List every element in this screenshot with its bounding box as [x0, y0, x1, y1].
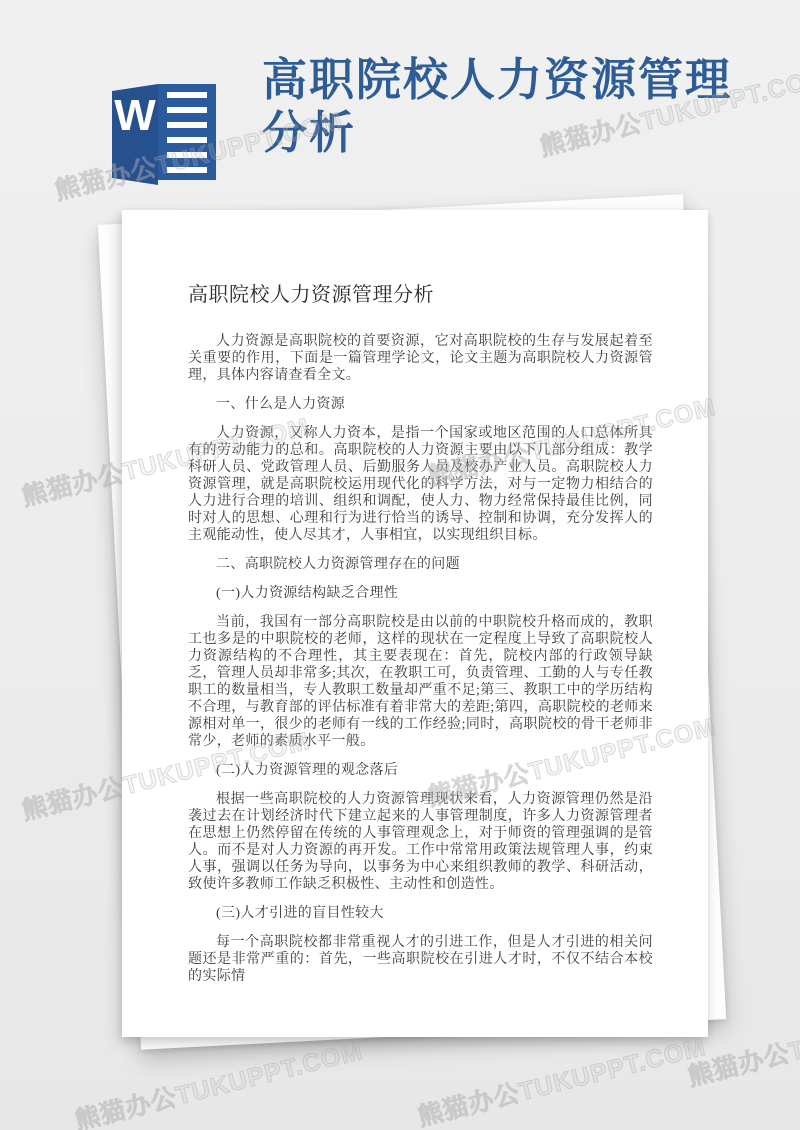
doc-heading: 一、什么是人力资源	[188, 396, 653, 413]
watermark-text: 熊猫办公TUKUPPT.COM	[71, 1031, 366, 1130]
page-title: 高职院校人力资源管理分析	[262, 54, 757, 160]
doc-heading: (一)人力资源结构缺乏合理性	[188, 585, 653, 602]
doc-paragraph: 人力资源是高职院校的首要资源，它对高职院校的生存与发展起着至关重要的作用，下面是…	[188, 333, 653, 384]
word-icon: W	[112, 83, 216, 187]
doc-heading: (三)人才引进的盲目性较大	[188, 905, 653, 922]
doc-paragraph: 当前，我国有一部分高职院校是由以前的中职院校升格而成的，教职工也多是的中职院校的…	[188, 614, 653, 750]
document-title: 高职院校人力资源管理分析	[188, 278, 653, 307]
document-page: 高职院校人力资源管理分析 人力资源是高职院校的首要资源，它对高职院校的生存与发展…	[122, 210, 708, 1037]
word-icon-graphic: W	[112, 83, 216, 187]
doc-heading: (二)人力资源管理的观念落后	[188, 762, 653, 779]
svg-text:W: W	[114, 91, 156, 140]
doc-paragraph: 人力资源，又称人力资本，是指一个国家或地区范围的人口总体所具有的劳动能力的总和。…	[188, 425, 653, 544]
doc-heading: 二、高职院校人力资源管理存在的问题	[188, 556, 653, 573]
preview-canvas: { "header": { "title": "高职院校人力资源管理分析", "…	[0, 0, 800, 1130]
doc-paragraph: 每一个高职院校都非常重视人才的引进工作，但是人才引进的相关问题还是非常严重的：首…	[188, 934, 653, 985]
doc-paragraph: 根据一些高职院校的人力资源管理现状来看，人力资源管理仍然是沿袭过去在计划经济时代…	[188, 791, 653, 893]
document-body: 人力资源是高职院校的首要资源，它对高职院校的生存与发展起着至关重要的作用，下面是…	[188, 333, 653, 985]
watermark-text: 熊猫办公TUKUPPT.COM	[414, 1027, 709, 1130]
